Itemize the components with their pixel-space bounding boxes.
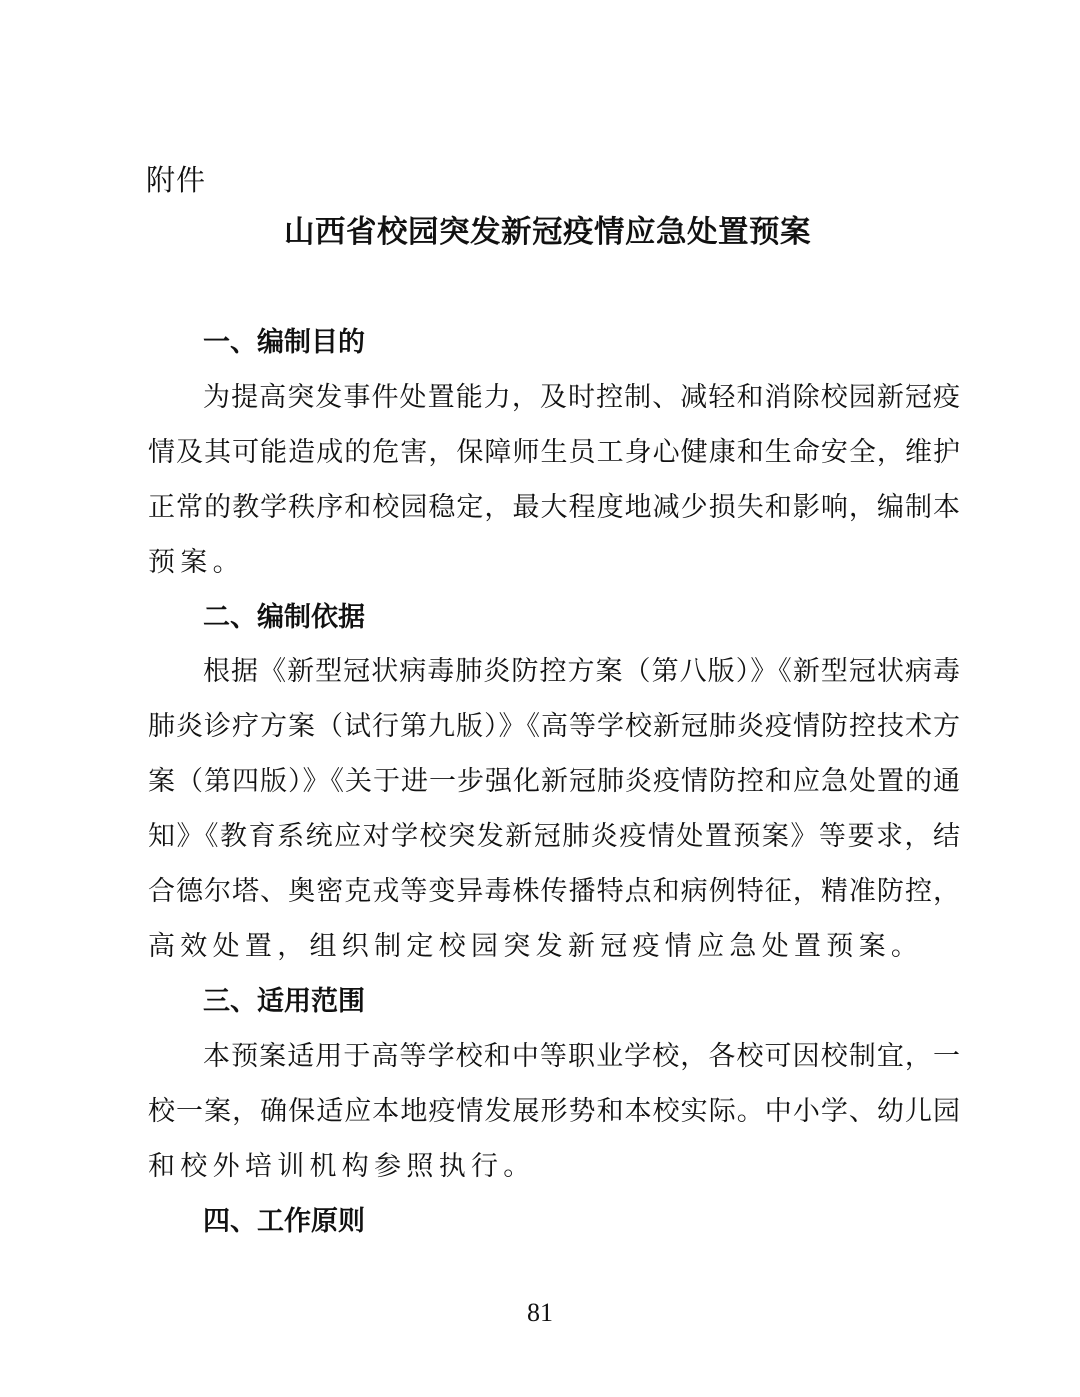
paragraph-line: 案（第四版）》《关于进一步强化新冠肺炎疫情防控和应急处置的通 — [148, 762, 960, 802]
paragraph-line: 知》《教育系统应对学校突发新冠肺炎疫情处置预案》等要求，结 — [148, 817, 960, 857]
document-page: 附件 山西省校园突发新冠疫情应急处置预案 一、编制目的 为提高突发事件处置能力，… — [0, 0, 1080, 1397]
paragraph-line: 为提高突发事件处置能力，及时控制、减轻和消除校园新冠疫 — [203, 378, 960, 418]
paragraph-line: 校一案，确保适应本地疫情发展形势和本校实际。中小学、幼儿园 — [148, 1092, 960, 1132]
section-heading-principles: 四、工作原则 — [203, 1202, 365, 1242]
section-heading-purpose: 一、编制目的 — [203, 323, 365, 363]
paragraph-line: 预案。 — [148, 543, 960, 583]
paragraph-line: 根据《新型冠状病毒肺炎防控方案（第八版）》《新型冠状病毒 — [203, 652, 960, 692]
page-number: 81 — [0, 1293, 1080, 1333]
section-heading-basis: 二、编制依据 — [203, 598, 365, 638]
paragraph-line: 正常的教学秩序和校园稳定，最大程度地减少损失和影响，编制本 — [148, 488, 960, 528]
paragraph-line: 肺炎诊疗方案（试行第九版）》《高等学校新冠肺炎疫情防控技术方 — [148, 707, 960, 747]
paragraph-line: 高效处置，组织制定校园突发新冠疫情应急处置预案。 — [148, 927, 960, 967]
paragraph-line: 本预案适用于高等学校和中等职业学校，各校可因校制宜，一 — [203, 1037, 960, 1077]
paragraph-line: 情及其可能造成的危害，保障师生员工身心健康和生命安全，维护 — [148, 433, 960, 473]
paragraph-line: 合德尔塔、奥密克戎等变异毒株传播特点和病例特征，精准防控， — [148, 872, 960, 912]
document-title: 山西省校园突发新冠疫情应急处置预案 — [284, 212, 811, 252]
section-heading-scope: 三、适用范围 — [203, 982, 365, 1022]
paragraph-line: 和校外培训机构参照执行。 — [148, 1147, 960, 1187]
attachment-label: 附件 — [146, 160, 206, 200]
